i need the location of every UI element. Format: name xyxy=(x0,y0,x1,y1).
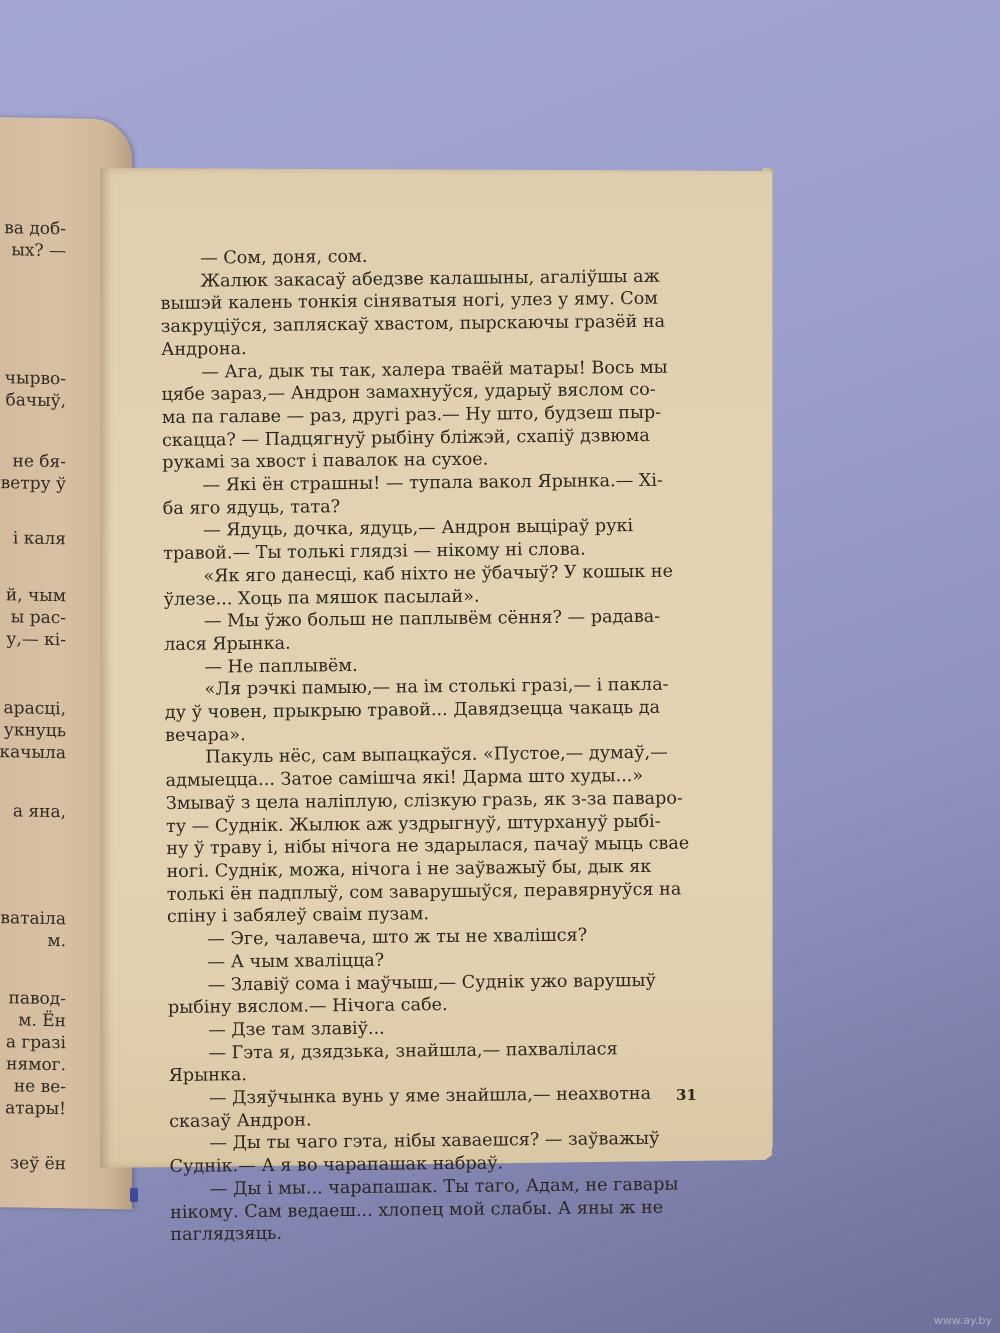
left-page-fragment: арасці, xyxy=(4,697,66,720)
left-page-fragment: ва доб- xyxy=(4,217,66,240)
left-page-fragment: а гразі xyxy=(6,1031,66,1054)
left-page-fragment: м. Ён xyxy=(18,1009,66,1032)
left-page-fragment: нямог. xyxy=(6,1053,66,1076)
left-page-fragment: ватаіла xyxy=(0,907,66,930)
left-page-fragment: не бя- xyxy=(13,450,67,473)
left-page-fragment: качыла xyxy=(0,741,66,764)
left-page-fragment: бачыў, xyxy=(5,389,66,412)
left-page-fragment: атары! xyxy=(5,1097,66,1120)
left-page-fragment: укнуць xyxy=(4,719,66,742)
left-page-fragment: м. xyxy=(47,930,66,952)
left-page-fragment: не ве- xyxy=(14,1075,66,1098)
watermark: www.ay.by xyxy=(934,1314,992,1327)
left-page-fragment: і каля xyxy=(13,527,66,550)
left-page-fragment: зеў ён xyxy=(10,1152,66,1175)
text-line: паглядзяць. xyxy=(170,1219,710,1247)
left-page-fragment: ветру ў xyxy=(1,472,66,495)
page-text: — Сом, доня, сом.Жалюк закасаў абедзве к… xyxy=(160,242,710,1247)
spine-thread-mark xyxy=(130,1188,138,1202)
left-page-fragment: ы рас- xyxy=(11,606,66,629)
left-page-fragment: ых? — xyxy=(11,239,66,262)
left-page-fragment: у,— кі- xyxy=(6,628,66,651)
left-page-fragment: й, чым xyxy=(6,584,66,607)
left-page-fragment: чырво- xyxy=(5,367,66,390)
page-number: 31 xyxy=(676,1086,697,1104)
left-page-fragment: а яна, xyxy=(13,800,66,823)
left-page-fragment: павод- xyxy=(9,987,66,1010)
